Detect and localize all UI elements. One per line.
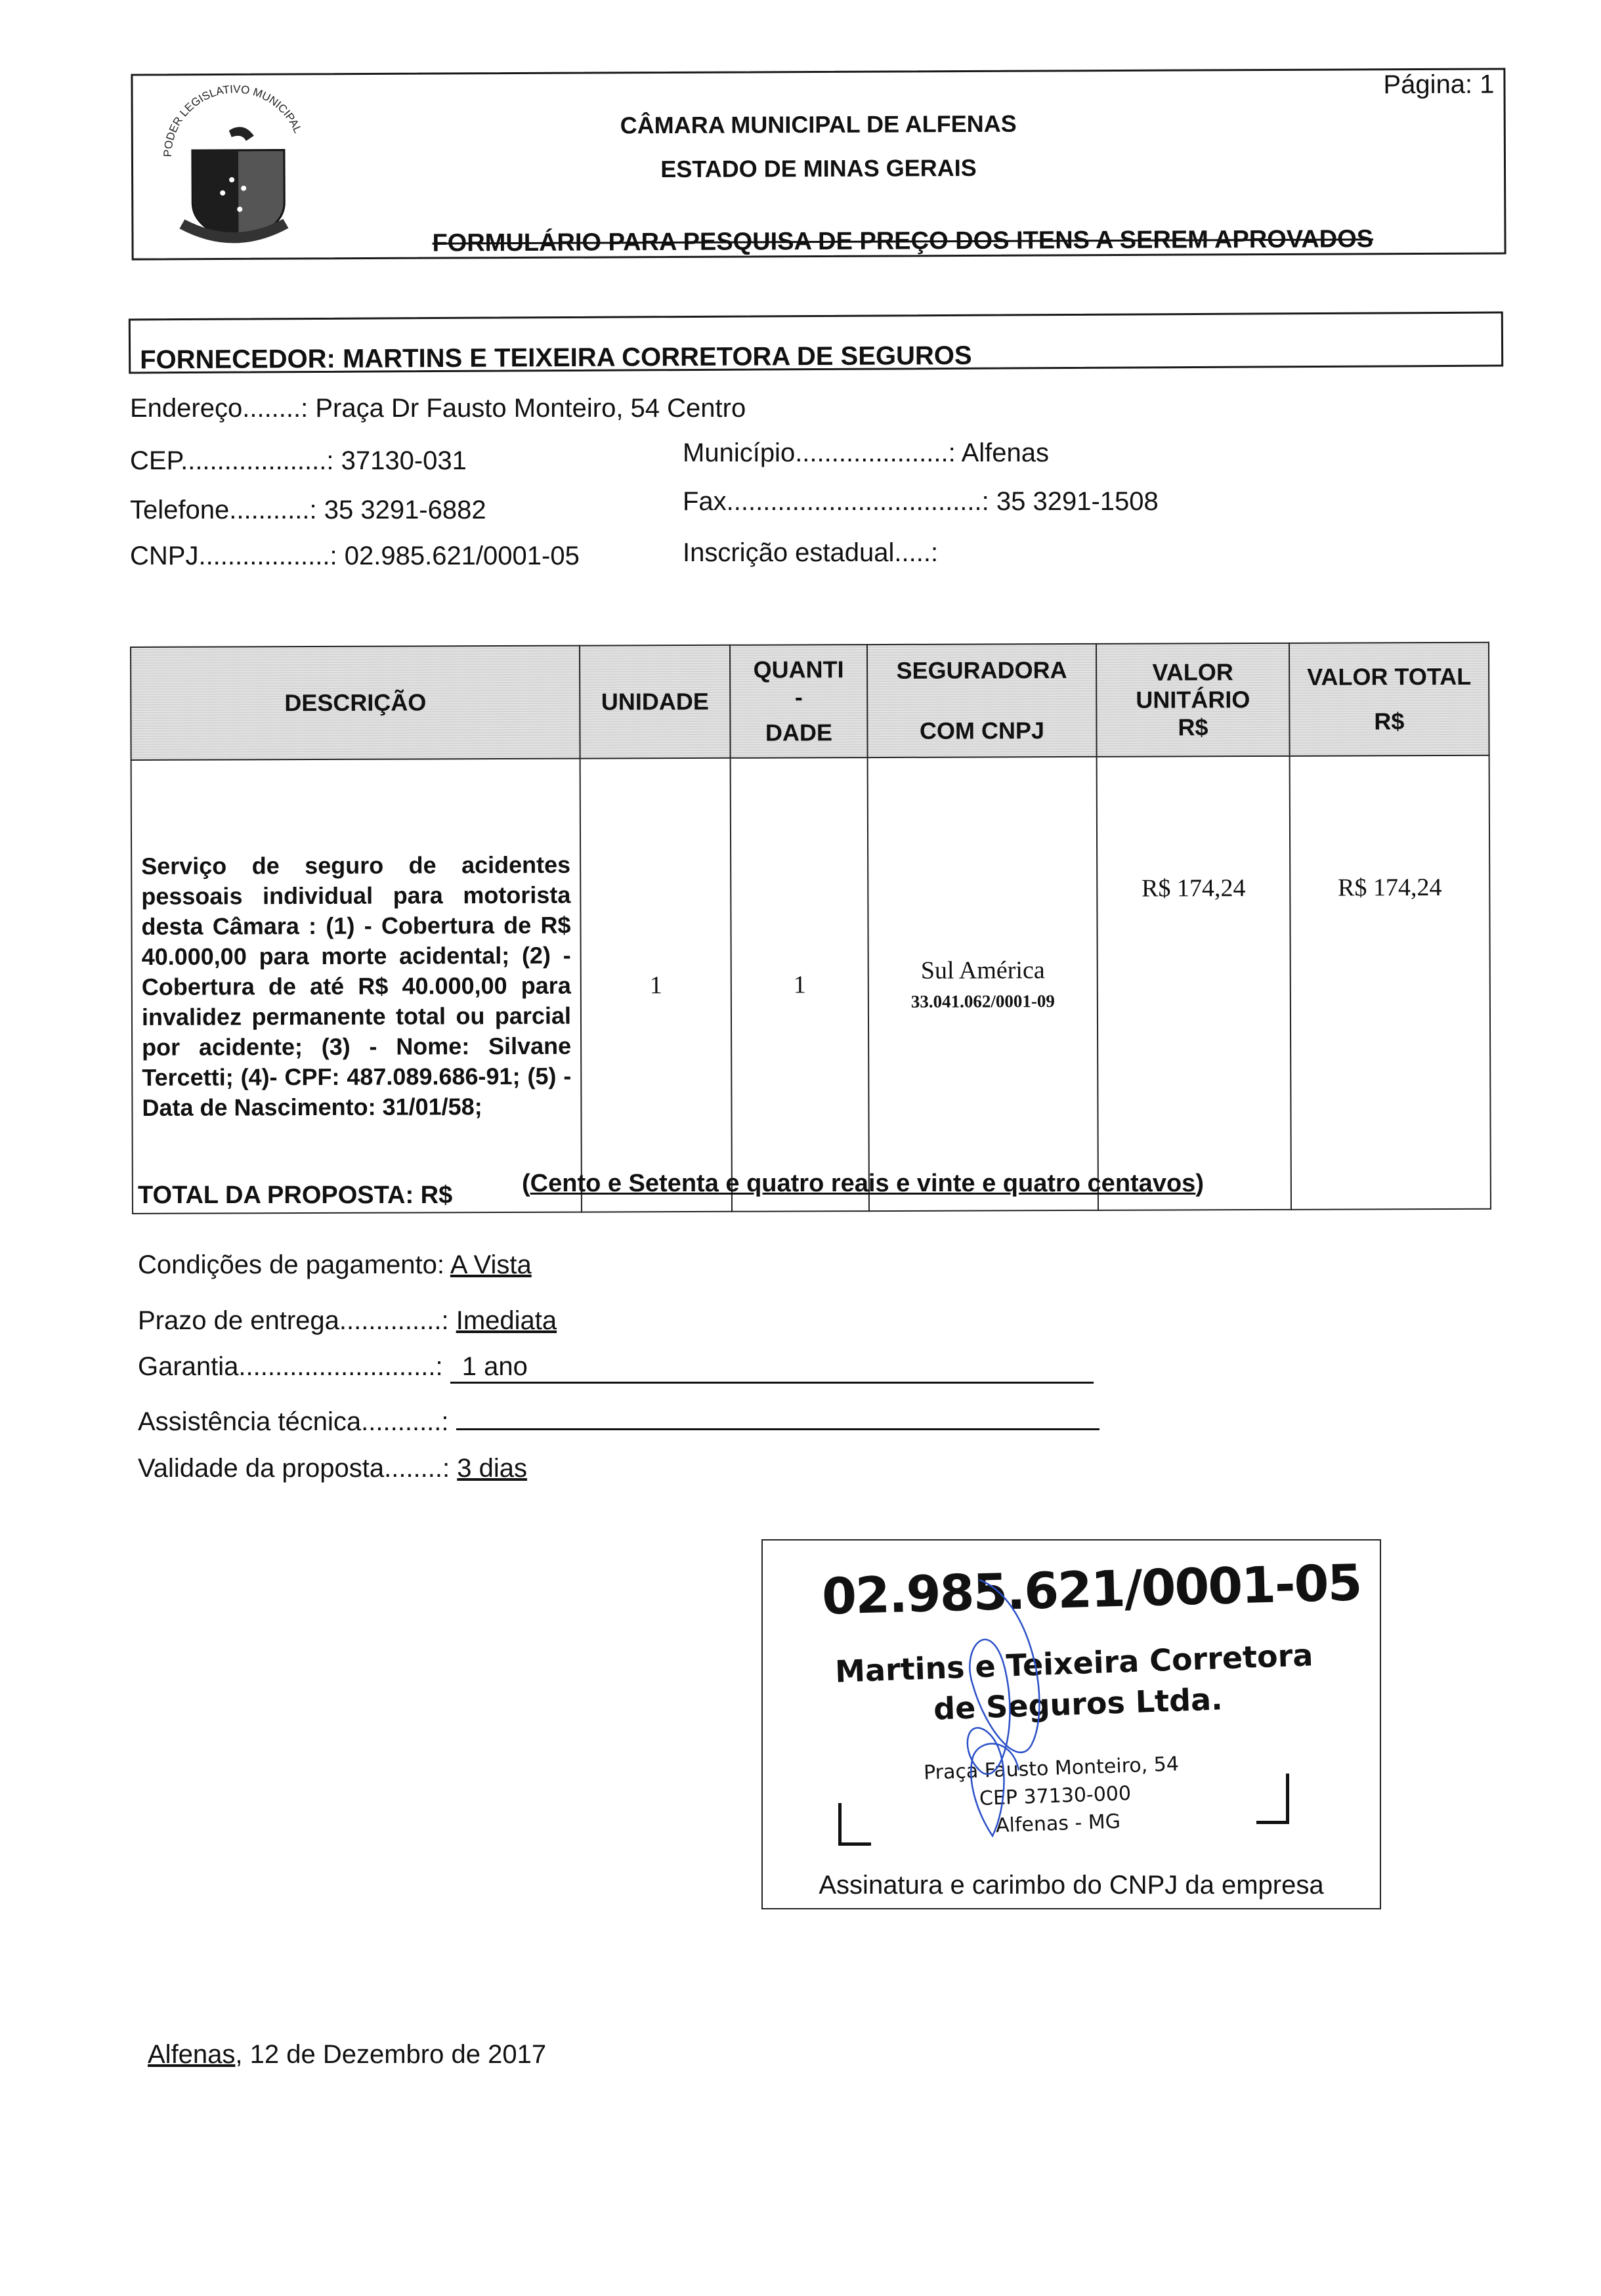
pagamento-label: Condições de pagamento: — [138, 1250, 444, 1279]
cell-valor-unitario: R$ 174,24 — [1097, 756, 1291, 1210]
header-unidade: UNIDADE — [580, 645, 731, 759]
cell-quantidade: 1 — [731, 757, 869, 1212]
seguradora-name: Sul América — [921, 956, 1045, 985]
organization-name: CÂMARA MUNICIPAL DE ALFENAS — [133, 108, 1504, 141]
telefone-label: Telefone...........: — [130, 496, 317, 524]
date-text: , 12 de Dezembro de 2017 — [235, 2040, 546, 2069]
cell-seguradora: Sul América 33.041.062/0001-09 — [868, 757, 1098, 1211]
cell-unidade: 1 — [580, 758, 732, 1212]
municipio-line: Município.....................: Alfenas — [683, 438, 1049, 468]
handwritten-signature-icon — [881, 1573, 1091, 1849]
assistencia-line: Assistência técnica...........: — [138, 1405, 1099, 1437]
table-header-row: DESCRIÇÃO UNIDADE QUANTI - DADE SEGURADO… — [131, 643, 1489, 760]
organization-state: ESTADO DE MINAS GERAIS — [133, 152, 1504, 185]
header-valor-total: VALOR TOTAL R$ — [1289, 643, 1489, 756]
garantia-label: Garantia...........................: — [138, 1352, 443, 1381]
fax-label: Fax...................................: — [683, 487, 989, 516]
stamp-caption: Assinatura e carimbo do CNPJ da empresa — [763, 1871, 1380, 1900]
seguradora-cnpj: 33.041.062/0001-09 — [870, 991, 1096, 1012]
cep-label: CEP....................: — [130, 446, 333, 475]
page-number: Página: 1 — [1383, 70, 1494, 100]
cep-value: 37130-031 — [341, 446, 467, 475]
inscricao-line: Inscrição estadual.....: — [683, 538, 938, 568]
signature-stamp-box: 02.985.621/0001-05 Martins e Teixeira Co… — [761, 1539, 1381, 1909]
garantia-line: Garantia...........................: 1 a… — [138, 1352, 1094, 1384]
date-line: Alfenas, 12 de Dezembro de 2017 — [148, 2040, 546, 2070]
supplier-box: FORNECEDOR: MARTINS E TEIXEIRA CORRETORA… — [129, 312, 1503, 374]
total-words: (Cento e Setenta e quatro reais e vinte … — [522, 1170, 1204, 1198]
telefone-line: Telefone...........: 35 3291-6882 — [130, 496, 486, 525]
cnpj-value: 02.985.621/0001-05 — [345, 542, 580, 570]
pagamento-value: A Vista — [450, 1250, 532, 1279]
municipio-value: Alfenas — [962, 438, 1049, 467]
cnpj-line: CNPJ..................: 02.985.621/0001-… — [130, 542, 580, 571]
table-row: Serviço de seguro de acidentes pessoais … — [131, 755, 1491, 1214]
fax-line: Fax...................................: … — [683, 487, 1159, 517]
total-label: TOTAL DA PROPOSTA: R$ — [138, 1181, 452, 1210]
validade-label: Validade da proposta........: — [138, 1454, 450, 1483]
cell-valor-total: R$ 174,24 — [1290, 755, 1491, 1210]
header-descricao: DESCRIÇÃO — [131, 646, 580, 760]
cnpj-label: CNPJ..................: — [130, 542, 337, 570]
address-label: Endereço........: — [130, 394, 308, 423]
assistencia-label: Assistência técnica...........: — [138, 1407, 449, 1436]
prazo-label: Prazo de entrega..............: — [138, 1306, 449, 1335]
date-city: Alfenas — [148, 2040, 235, 2069]
stamp-corner-left-icon — [838, 1803, 871, 1846]
header-box: PODER LEGISLATIVO MUNICIPAL Página: 1 CÂ… — [131, 68, 1506, 260]
pagamento-line: Condições de pagamento: A Vista — [138, 1250, 532, 1280]
address-value: Praça Dr Fausto Monteiro, 54 Centro — [315, 394, 746, 423]
supplier-title: FORNECEDOR: MARTINS E TEIXEIRA CORRETORA… — [140, 341, 972, 375]
validade-value: 3 dias — [457, 1454, 527, 1483]
header-quantidade: QUANTI - DADE — [730, 645, 868, 758]
items-table: DESCRIÇÃO UNIDADE QUANTI - DADE SEGURADO… — [130, 642, 1491, 1214]
garantia-value: 1 ano — [450, 1352, 528, 1381]
address-line: Endereço........: Praça Dr Fausto Montei… — [130, 394, 746, 423]
validade-line: Validade da proposta........: 3 dias — [138, 1454, 527, 1483]
header-seguradora: SEGURADORA COM CNPJ — [867, 644, 1097, 757]
telefone-value: 35 3291-6882 — [324, 496, 486, 524]
prazo-line: Prazo de entrega..............: Imediata — [138, 1306, 557, 1336]
municipio-label: Município.....................: — [683, 438, 956, 467]
prazo-value: Imediata — [456, 1306, 557, 1335]
header-valor-unitario: VALOR UNITÁRIO R$ — [1096, 643, 1290, 757]
stamp-corner-right-icon — [1256, 1774, 1289, 1824]
cell-descricao: Serviço de seguro de acidentes pessoais … — [131, 759, 582, 1214]
cep-line: CEP....................: 37130-031 — [130, 446, 467, 476]
inscricao-label: Inscrição estadual.....: — [683, 538, 938, 567]
fax-value: 35 3291-1508 — [996, 487, 1159, 516]
form-title: FORMULÁRIO PARA PESQUISA DE PREÇO DOS IT… — [432, 225, 1373, 257]
